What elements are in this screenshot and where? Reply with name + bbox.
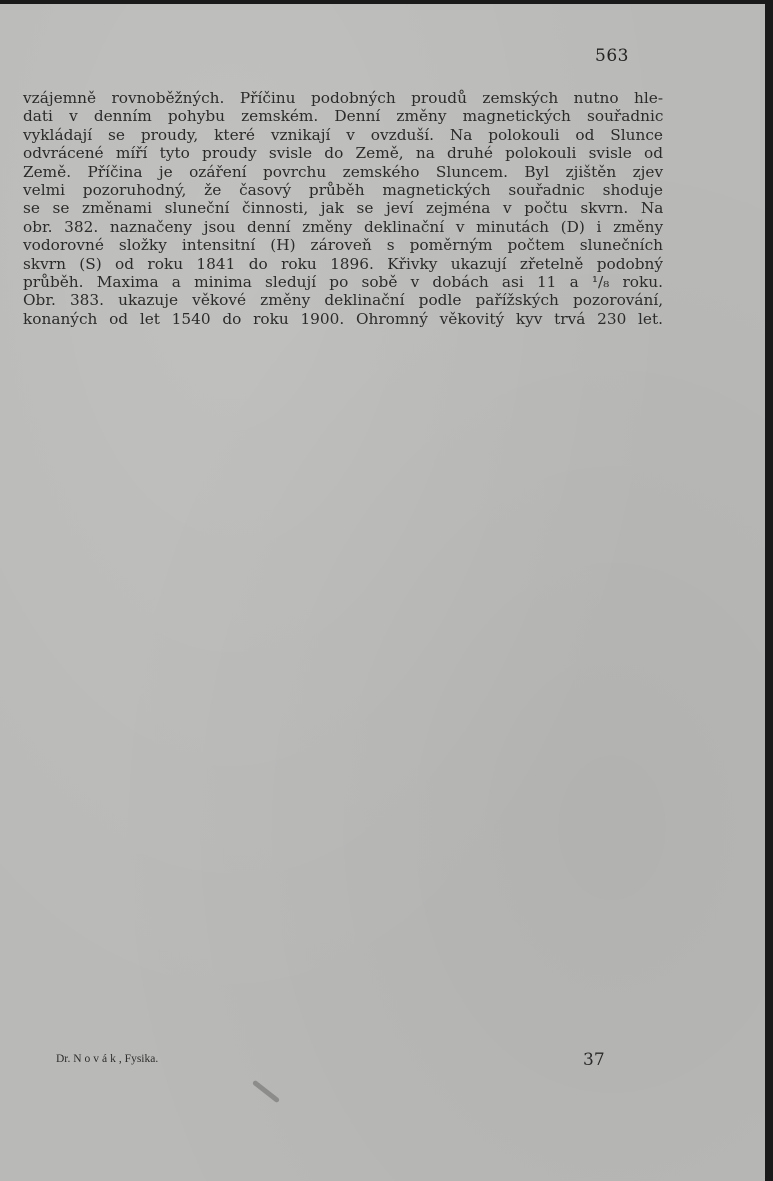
- text-line: konaných od let 1540 do roku 1900. Ohrom…: [23, 310, 663, 328]
- author-name: Novák: [73, 1053, 119, 1065]
- text-line: vzájemně rovnoběžných. Příčinu podobných…: [23, 89, 663, 107]
- text-line: Obr. 383. ukazuje věkové změny deklinačn…: [23, 291, 663, 309]
- author-prefix: Dr.: [56, 1053, 70, 1065]
- text-line: odvrácené míří tyto proudy svisle do Zem…: [23, 144, 663, 162]
- text-line: vykládají se proudy, které vznikají v ov…: [23, 126, 663, 144]
- book-title: , Fysika.: [119, 1053, 158, 1065]
- text-line: se se změnami sluneční činnosti, jak se …: [23, 199, 663, 217]
- text-line: dati v denním pohybu zemském. Denní změn…: [23, 107, 663, 125]
- page-number: 563: [595, 46, 629, 66]
- signature-mark: Dr. Novák, Fysika.: [56, 1053, 158, 1065]
- scan-smudge: [252, 1080, 280, 1104]
- text-line: obr. 382. naznačeny jsou denní změny dek…: [23, 218, 663, 236]
- text-line: skvrn (S) od roku 1841 do roku 1896. Kři…: [23, 255, 663, 273]
- text-line: velmi pozoruhodný, že časový průběh magn…: [23, 181, 663, 199]
- text-line: Země. Příčina je ozáření povrchu zemskéh…: [23, 163, 663, 181]
- signature-number: 37: [583, 1050, 605, 1070]
- text-line: vodorovné složky intensitní (H) zároveň …: [23, 236, 663, 254]
- text-line: průběh. Maxima a minima sledují po sobě …: [23, 273, 663, 291]
- book-page: 563 vzájemně rovnoběžných. Příčinu podob…: [0, 4, 765, 1181]
- body-paragraph: vzájemně rovnoběžných. Příčinu podobných…: [23, 89, 663, 328]
